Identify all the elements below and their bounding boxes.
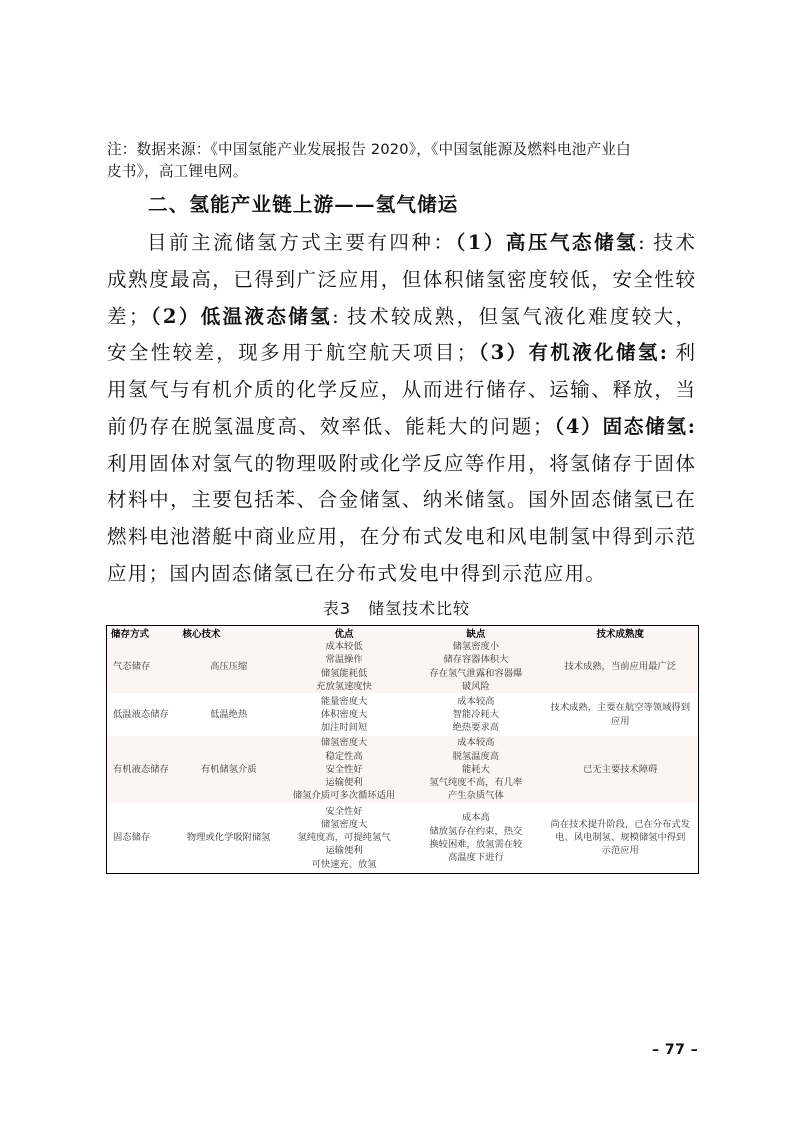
paragraph-line: 燃料电池潜艇中商业应用，在分布式发电和风电制氢中得到示范 [107, 519, 695, 556]
text-run: 用氢气与有机介质的化学反应，从而进行储存、运输、释放，当 [107, 378, 695, 401]
cell-cons-line: 绝热要求高 [411, 721, 540, 734]
cell-method: 低温液态储存 [107, 693, 179, 736]
cell-cons-line: 储放氢存在约束，热交 [411, 825, 540, 838]
text-run: 材料中，主要包括苯、合金储氢、纳米储氢。国外固态储氢已在 [107, 488, 695, 511]
cell-cons-line: 成本较高 [411, 695, 540, 708]
bold-term: （1）高压气态储氢 [456, 231, 639, 254]
cell-pros-line: 储氢介质可多次循环适用 [281, 789, 407, 802]
cell-pros-line: 安全性好 [281, 805, 407, 818]
bold-term: （4）固态储氢: [553, 415, 695, 438]
cell-pros-line: 常温操作 [281, 653, 407, 666]
text-run: 利 [667, 341, 695, 364]
table-row: 固态储存物理或化学吸附储氢安全性好储氢密度大氢纯度高，可提纯氢气运输便利可快速充… [107, 803, 699, 873]
paragraph-line: 目前主流储氢方式主要有四种：（1）高压气态储氢: 技术 [107, 225, 695, 262]
cell-maturity-line: 技术成熟，主要在航空等领域得到 [551, 701, 690, 714]
cell-core-tech: 高压压缩 [179, 640, 279, 693]
header-method: 储存方式 [107, 626, 179, 641]
cell-cons: 成本较高脱氢温度高能耗大氢气纯度不高，有几率产生杂质气体 [409, 736, 542, 803]
cell-maturity: 技术成熟，主要在航空等领域得到应用 [543, 693, 699, 736]
cell-pros-line: 体积密度大 [281, 708, 407, 721]
cell-pros-line: 加注时间短 [281, 721, 407, 734]
header-maturity: 技术成熟度 [543, 626, 699, 641]
cell-pros-line: 储氢密度大 [281, 818, 407, 831]
bold-term: （2）低温液态储氢 [148, 305, 332, 328]
cell-maturity-line: 示范应用 [551, 844, 690, 857]
cell-cons: 成本较高智能冷耗大绝热要求高 [409, 693, 542, 736]
source-note: 注：数据来源：《中国氢能产业发展报告 2020》，《中国氢能源及燃料电池产业白 … [107, 139, 697, 183]
cell-pros-line: 能量密度大 [281, 695, 407, 708]
page-number: – 77 – [652, 1042, 698, 1058]
cell-cons-line: 储存容器体积大 [411, 653, 540, 666]
cell-pros-line: 成本较低 [281, 640, 407, 653]
paragraph-line: 材料中，主要包括苯、合金储氢、纳米储氢。国外固态储氢已在 [107, 482, 695, 519]
text-run: 目前主流储氢方式主要有四种： [147, 231, 456, 254]
cell-cons-line: 高温度下进行 [411, 851, 540, 864]
hydrogen-storage-comparison-table: 储存方式 核心技术 优点 缺点 技术成熟度 气态储存高压压缩成本较低常温操作储氢… [106, 625, 699, 874]
cell-core-tech: 物理或化学吸附储氢 [179, 803, 279, 873]
body-paragraph: 目前主流储氢方式主要有四种：（1）高压气态储氢: 技术成熟度最高，已得到广泛应用… [107, 225, 695, 593]
cell-pros: 成本较低常温操作储氢能耗低充放氢速度快 [279, 640, 409, 693]
cell-cons-line: 存在氢气泄露和容器爆 [411, 667, 540, 680]
cell-core-tech: 低温绝热 [179, 693, 279, 736]
cell-maturity-line: 技术成熟，当前应用最广泛 [551, 660, 690, 673]
header-core-tech: 核心技术 [179, 626, 279, 641]
cell-pros-line: 储氢能耗低 [281, 667, 407, 680]
paragraph-line: 安全性较差，现多用于航空航天项目；（3）有机液化储氢: 利 [107, 335, 695, 372]
header-cons: 缺点 [409, 626, 542, 641]
cell-maturity-line: 电、风电制氢、规模储氢中得到 [551, 831, 690, 844]
table-caption: 表3 储氢技术比较 [0, 597, 793, 621]
cell-maturity-line: 尚在技术提升阶段，已在分布式发 [551, 818, 690, 831]
paragraph-line: 利用固体对氢气的物理吸附或化学反应等作用，将氢储存于固体 [107, 446, 695, 483]
cell-pros-line: 可快速充、放氢 [281, 858, 407, 871]
cell-cons-line: 成本较高 [411, 736, 540, 749]
text-run: 燃料电池潜艇中商业应用，在分布式发电和风电制氢中得到示范 [107, 525, 695, 548]
cell-maturity: 已无主要技术障碍 [543, 736, 699, 803]
table-row: 低温液态储存低温绝热能量密度大体积密度大加注时间短成本较高智能冷耗大绝热要求高技… [107, 693, 699, 736]
cell-maturity-line: 应用 [551, 715, 690, 728]
cell-cons: 储氢密度小储存容器体积大存在氢气泄露和容器爆破风险 [409, 640, 542, 693]
cell-pros: 储氢密度大稳定性高安全性好运输便利储氢介质可多次循环适用 [279, 736, 409, 803]
cell-maturity: 尚在技术提升阶段，已在分布式发电、风电制氢、规模储氢中得到示范应用 [543, 803, 699, 873]
text-run: 安全性较差，现多用于航空航天项目； [107, 341, 476, 364]
cell-pros-line: 运输便利 [281, 776, 407, 789]
cell-maturity: 技术成熟，当前应用最广泛 [543, 640, 699, 693]
cell-cons-line: 脱氢温度高 [411, 750, 540, 763]
cell-method: 气态储存 [107, 640, 179, 693]
cell-pros-line: 储氢密度大 [281, 736, 407, 749]
paragraph-line: 应用；国内固态储氢已在分布式发电中得到示范应用。 [107, 556, 695, 593]
section-heading: 二、氢能产业链上游——氢气储运 [148, 191, 459, 219]
table-row: 气态储存高压压缩成本较低常温操作储氢能耗低充放氢速度快储氢密度小储存容器体积大存… [107, 640, 699, 693]
cell-pros-line: 稳定性高 [281, 750, 407, 763]
cell-cons-line: 成本高 [411, 811, 540, 824]
cell-maturity-line: 已无主要技术障碍 [551, 763, 690, 776]
cell-cons-line: 破风险 [411, 680, 540, 693]
cell-cons-line: 储氢密度小 [411, 640, 540, 653]
cell-pros-line: 氢纯度高，可提纯氢气 [281, 831, 407, 844]
cell-cons-line: 换较困难，放氢需在较 [411, 838, 540, 851]
paragraph-line: 差；（2）低温液态储氢: 技术较成熟，但氢气液化难度较大， [107, 299, 695, 336]
paragraph-line: 用氢气与有机介质的化学反应，从而进行储存、运输、释放，当 [107, 372, 695, 409]
cell-cons-line: 智能冷耗大 [411, 708, 540, 721]
paragraph-line: 前仍存在脱氢温度高、效率低、能耗大的问题；（4）固态储氢: [107, 409, 695, 446]
text-run: : 技术 [638, 231, 695, 254]
cell-method: 固态储存 [107, 803, 179, 873]
text-run: 利用固体对氢气的物理吸附或化学反应等作用，将氢储存于固体 [107, 452, 695, 475]
text-run: 差； [107, 305, 148, 328]
table-row: 有机液态储存有机储氢介质储氢密度大稳定性高安全性好运输便利储氢介质可多次循环适用… [107, 736, 699, 803]
paragraph-line: 成熟度最高，已得到广泛应用，但体积储氢密度较低，安全性较 [107, 262, 695, 299]
cell-pros-line: 安全性好 [281, 763, 407, 776]
bold-term: （3）有机液化储氢: [476, 341, 667, 364]
cell-cons: 成本高储放氢存在约束，热交换较困难，放氢需在较高温度下进行 [409, 803, 542, 873]
text-run: 前仍存在脱氢温度高、效率低、能耗大的问题； [107, 415, 553, 438]
table-header-row: 储存方式 核心技术 优点 缺点 技术成熟度 [107, 626, 699, 641]
cell-pros: 安全性好储氢密度大氢纯度高，可提纯氢气运输便利可快速充、放氢 [279, 803, 409, 873]
text-run: 成熟度最高，已得到广泛应用，但体积储氢密度较低，安全性较 [107, 268, 695, 291]
text-run: 应用；国内固态储氢已在分布式发电中得到示范应用。 [107, 562, 606, 585]
source-note-line-2: 皮书》，高工锂电网。 [107, 161, 697, 183]
cell-cons-line: 氢气纯度不高，有几率 [411, 776, 540, 789]
cell-cons-line: 能耗大 [411, 763, 540, 776]
cell-pros-line: 充放氢速度快 [281, 680, 407, 693]
cell-pros-line: 运输便利 [281, 844, 407, 857]
cell-core-tech: 有机储氢介质 [179, 736, 279, 803]
text-run: : 技术较成熟，但氢气液化难度较大， [332, 305, 695, 328]
source-note-line-1: 注：数据来源：《中国氢能产业发展报告 2020》，《中国氢能源及燃料电池产业白 [107, 139, 697, 161]
cell-cons-line: 产生杂质气体 [411, 789, 540, 802]
cell-method: 有机液态储存 [107, 736, 179, 803]
cell-pros: 能量密度大体积密度大加注时间短 [279, 693, 409, 736]
header-pros: 优点 [279, 626, 409, 641]
